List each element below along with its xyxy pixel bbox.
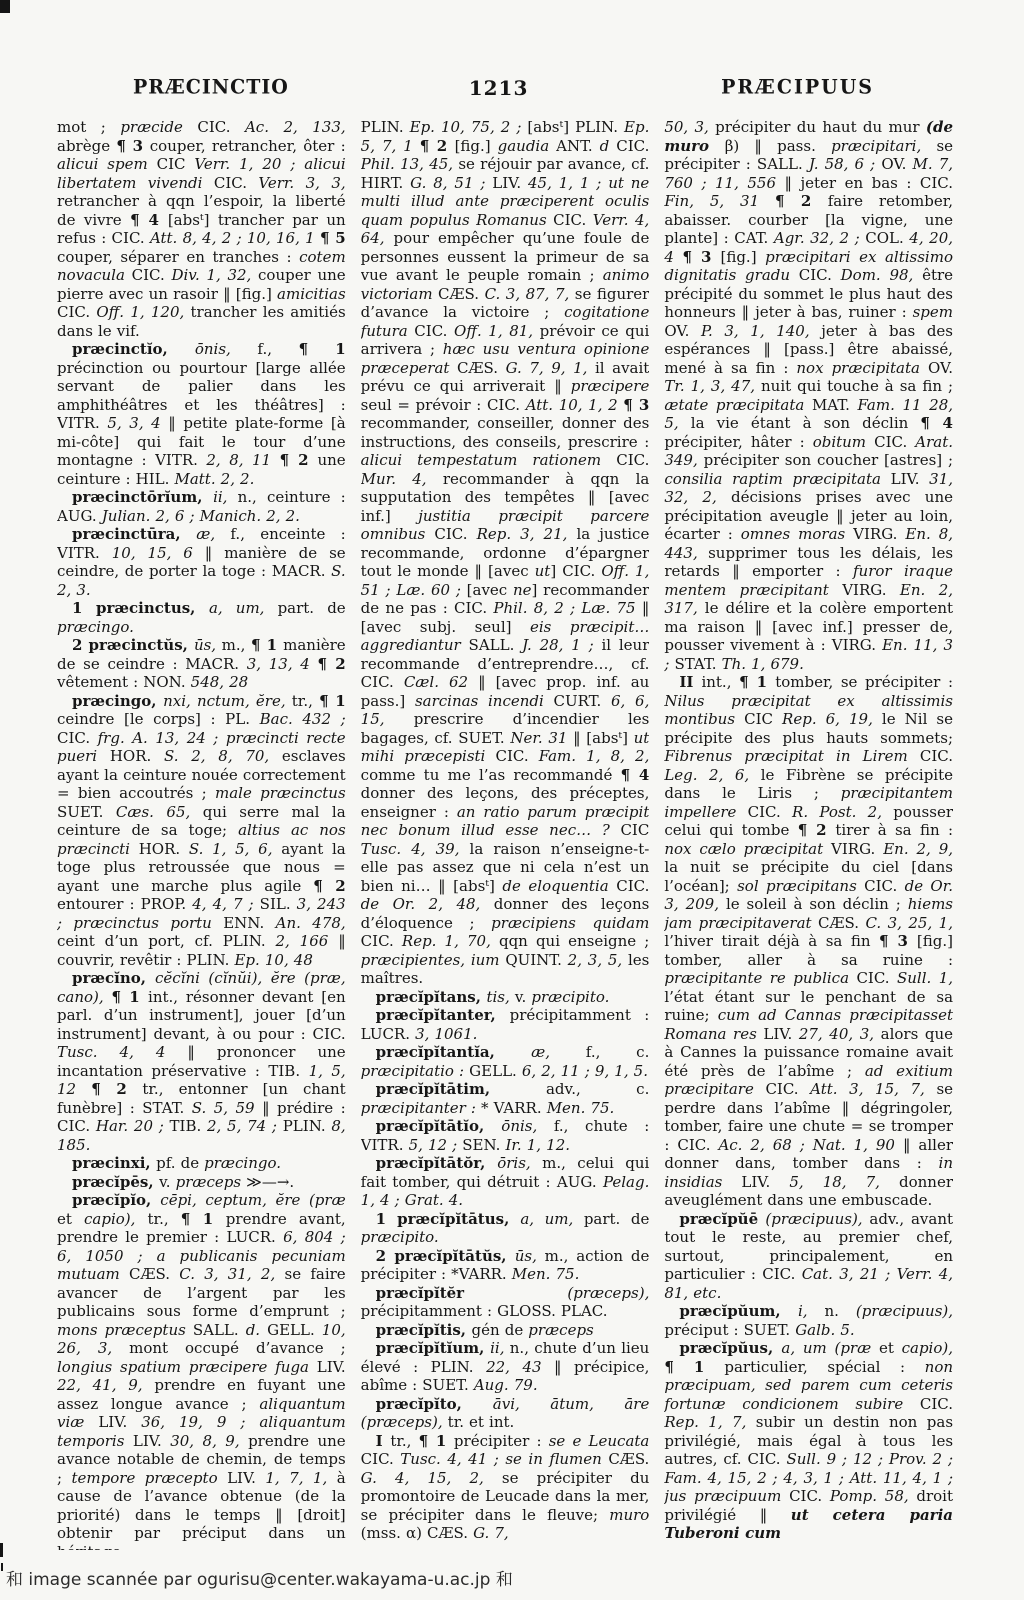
dictionary-entry: II int., ¶ 1 tomber, se précipiter : Nil… (664, 673, 953, 1210)
dictionary-entry: præcinctĭo, ōnis, f., ¶ 1 précinction ou… (57, 340, 346, 488)
dictionary-entry: præcĭpĭtĭum, ii, n., chute d’un lieu éle… (361, 1339, 650, 1395)
dictionary-entry: præcĭpŭum, i, n. (præcipuus), préciput :… (664, 1302, 953, 1339)
dictionary-page: PRÆCINCTIO 1213 PRÆCIPUUS mot ; præcide … (0, 0, 1024, 1600)
column-2: PLIN. Ep. 10, 75, 2 ; [absᵗ] PLIN. Ep. 5… (361, 118, 650, 1550)
dictionary-entry: 1 præcinctus, a, um, part. de præcingo. (57, 599, 346, 636)
dictionary-entry: 1 præcĭpĭtātus, a, um, part. de præcipit… (361, 1210, 650, 1247)
dictionary-entry: PLIN. Ep. 10, 75, 2 ; [absᵗ] PLIN. Ep. 5… (361, 118, 650, 988)
text-columns: mot ; præcide CIC. Ac. 2, 133, abrège ¶ … (57, 118, 953, 1550)
scan-artifact (1, 1563, 3, 1571)
column-1: mot ; præcide CIC. Ac. 2, 133, abrège ¶ … (57, 118, 346, 1550)
dictionary-entry: præcĭpĭtātim, adv., c. præcipitanter : *… (361, 1080, 650, 1117)
page-header: PRÆCINCTIO 1213 PRÆCIPUUS (57, 76, 952, 98)
dictionary-entry: præcĭpŭus, a, um (præ et capio), ¶ 1 par… (664, 1339, 953, 1543)
dictionary-entry: mot ; præcide CIC. Ac. 2, 133, abrège ¶ … (57, 118, 346, 340)
dictionary-entry: præcĭpĭtātŏr, ōris, m., celui qui fait t… (361, 1154, 650, 1210)
dictionary-entry: præcinctūra, æ, f., enceinte : VITR. 10,… (57, 525, 346, 599)
dictionary-entry: præcĭpĭtis, gén de præceps (361, 1321, 650, 1340)
dictionary-entry: 2 præcĭpĭtātŭs, ūs, m., action de précip… (361, 1247, 650, 1284)
dictionary-entry: præcinctōrĭum, ii, n., ceinture : AUG. J… (57, 488, 346, 525)
dictionary-entry: præcĭpĭtans, tis, v. præcipito. (361, 988, 650, 1007)
scan-attribution: 和 image scannée par ogurisu@center.wakay… (6, 1565, 513, 1590)
dictionary-entry: præcĭpĭtātĭo, ōnis, f., chute : VITR. 5,… (361, 1117, 650, 1154)
page-number: 1213 (469, 76, 529, 100)
dictionary-entry: præcĭpĭtantĭa, æ, f., c. præcipitatio : … (361, 1043, 650, 1080)
scan-artifact (0, 1543, 3, 1557)
header-right-guideword: PRÆCIPUUS (721, 75, 874, 98)
dictionary-entry: 2 præcinctŭs, ūs, m., ¶ 1 manière de se … (57, 636, 346, 692)
dictionary-entry: præcinxi, pf. de præcingo. (57, 1154, 346, 1173)
dictionary-entry: præcĭpĭo, cēpi, ceptum, ĕre (præ et capi… (57, 1191, 346, 1550)
dictionary-entry: præcĭpŭē (præcipuus), adv., avant tout l… (664, 1210, 953, 1303)
dictionary-entry: præcĭpĭto, āvi, ātum, āre (præceps), tr.… (361, 1395, 650, 1432)
column-3: 50, 3, précipiter du haut du mur (de mur… (664, 118, 953, 1550)
header-left-guideword: PRÆCINCTIO (133, 75, 289, 98)
dictionary-entry: 50, 3, précipiter du haut du mur (de mur… (664, 118, 953, 673)
dictionary-entry: præcingo, nxi, nctum, ĕre, tr., ¶ 1 cein… (57, 692, 346, 970)
dictionary-entry: præcĭpēs, v. præceps ≫—→. (57, 1173, 346, 1192)
dictionary-entry: præcĭpĭtĕr (præceps), précipitamment : G… (361, 1284, 650, 1321)
scan-artifact (0, 0, 10, 13)
dictionary-entry: præcĭpĭtanter, précipitamment : LUCR. 3,… (361, 1006, 650, 1043)
dictionary-entry: præcĭno, cĕcĭni (cĭnŭi), ĕre (præ, cano)… (57, 969, 346, 1154)
dictionary-entry: I tr., ¶ 1 précipiter : se e Leucata CIC… (361, 1432, 650, 1543)
